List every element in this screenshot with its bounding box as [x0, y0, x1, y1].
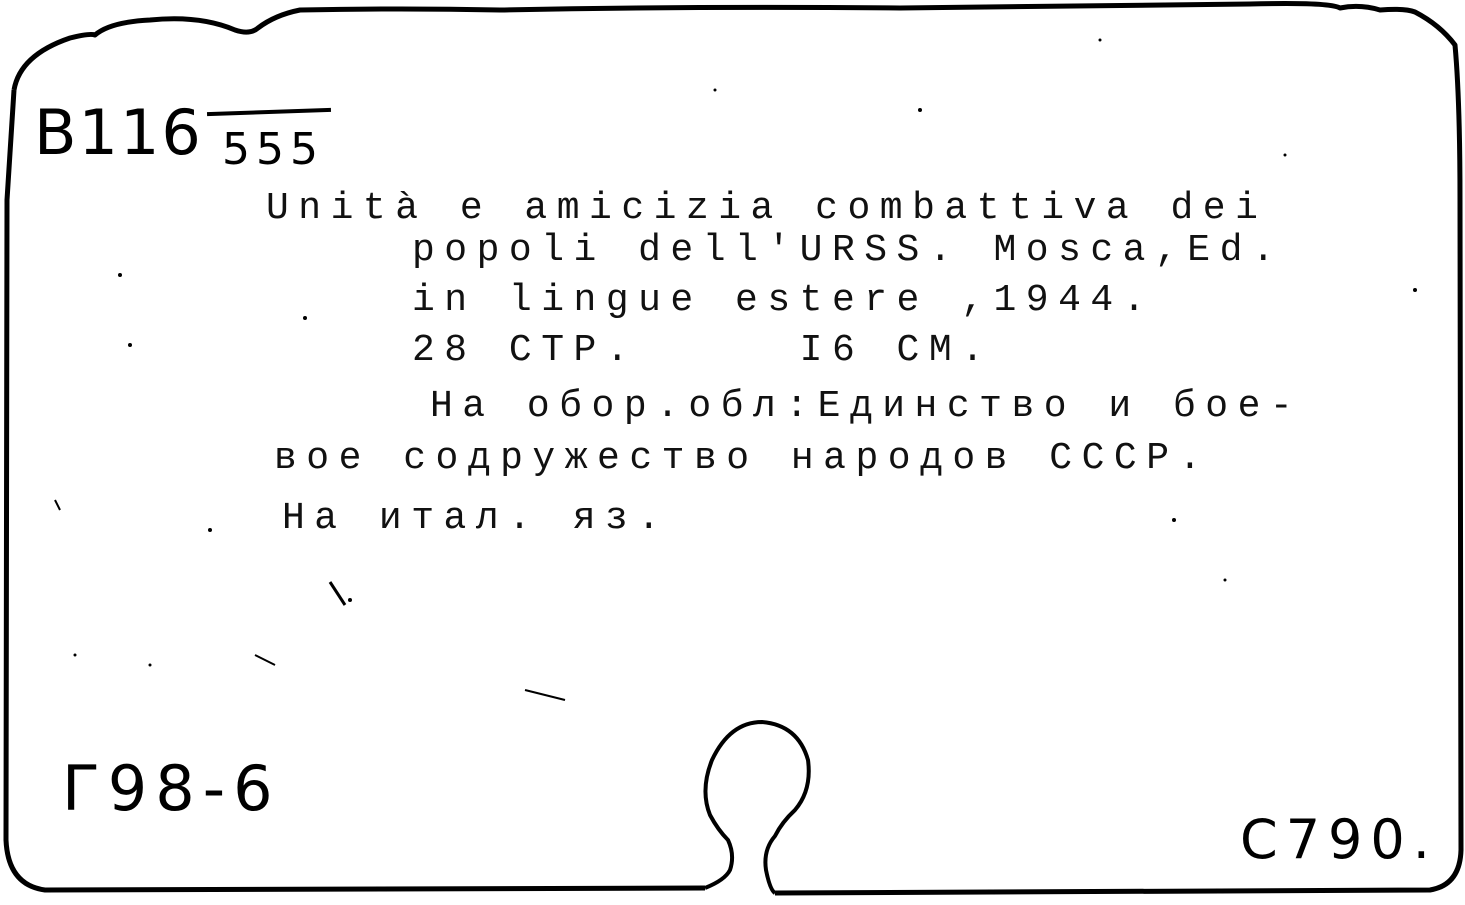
shelfmark-main: B116	[34, 96, 203, 169]
shelfmark-sub: 555	[222, 124, 324, 175]
entry-cover-note-continued-line: вое содружество народов СССР.	[274, 440, 1211, 478]
entry-title-line: Unità e amicizia combattiva dei	[266, 190, 1267, 228]
entry-pages-size-line: 28 СТР. I6 СМ.	[412, 332, 993, 370]
entry-publisher-year-line: in lingue estere ,1944.	[412, 282, 1155, 320]
entry-publication-line: popoli dell'URSS. Mosca,Ed.	[412, 232, 1284, 270]
entry-cover-note-line: На обор.обл:Единство и бое-	[430, 388, 1302, 426]
entry-language-note-line: На итал. яз.	[282, 500, 670, 538]
inventory-number-left: Г98-6	[62, 752, 281, 825]
inventory-number-right: С790.	[1240, 808, 1438, 871]
